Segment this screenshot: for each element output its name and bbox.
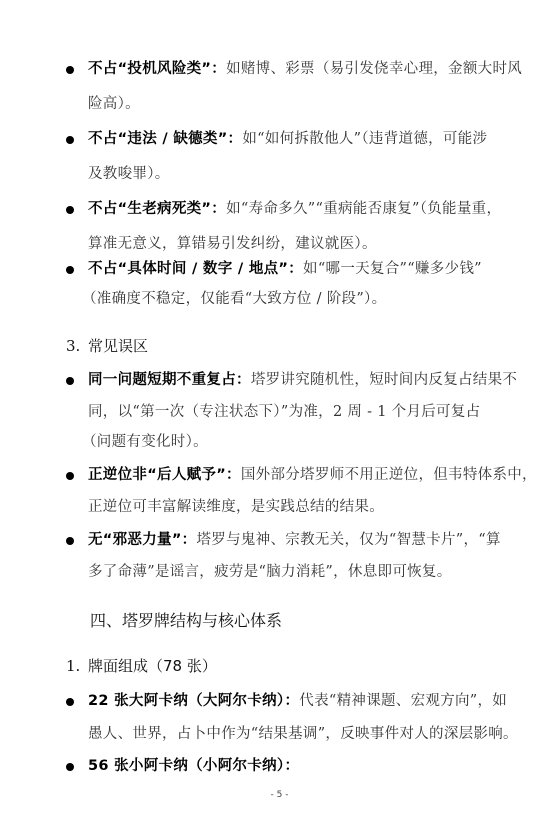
item-text: 塔罗与鬼神、宗教无关，仅为“智慧卡片”，“算 (196, 532, 500, 548)
item-text: 代表“精神课题、宏观方向”，如 (299, 693, 507, 709)
list-item: 22 张大阿卡纳（大阿尔卡纳）：代表“精神课题、宏观方向”，如 (88, 691, 507, 711)
item-text: 如“哪一天复合”“赚多少钱” (303, 261, 482, 277)
bullet-icon (66, 66, 74, 74)
bullet-icon (66, 472, 74, 480)
bullet-icon (66, 206, 74, 214)
bullet-icon (66, 266, 74, 274)
section-heading: 1.牌面组成（78 张） (66, 656, 217, 676)
item-heading: 不占“投机风险类”： (88, 61, 226, 77)
list-item: 正逆位非“后人赋予”：国外部分塔罗师不用正逆位，但韦特体系中， (88, 465, 537, 485)
section-title: 牌面组成（78 张） (88, 657, 217, 675)
item-continuation: （问题有变化时）。 (82, 432, 208, 452)
bullet-icon (66, 537, 74, 545)
item-continuation: 同，以“第一次（专注状态下）”为准，2 周 - 1 个月后可复占 (88, 402, 480, 422)
item-continuation: 正逆位可丰富解读维度，是实践总结的结果。 (88, 497, 384, 517)
section-number: 1. (66, 656, 88, 676)
item-heading: 同一问题短期不重复占： (88, 372, 251, 388)
list-item: 不占“具体时间 / 数字 / 地点”：如“哪一天复合”“赚多少钱” (88, 259, 482, 279)
item-continuation: 愚人、世界，占卜中作为“结果基调”，反映事件对人的深层影响。 (88, 724, 518, 744)
item-heading: 正逆位非“后人赋予”： (88, 467, 241, 483)
item-heading: 无“邪恶力量”： (88, 532, 196, 548)
item-continuation: （准确度不稳定，仅能看“大致方位 / 阶段”）。 (82, 289, 386, 309)
list-item: 56 张小阿卡纳（小阿尔卡纳）： (88, 756, 299, 776)
list-item: 同一问题短期不重复占：塔罗讲究随机性，短时间内反复占结果不 (88, 370, 517, 390)
list-item: 不占“生老病死类”：如“寿命多久”“重病能否康复”（负能量重， (88, 199, 501, 219)
list-item: 不占“投机风险类”：如赌博、彩票（易引发侥幸心理，金额大时风 (88, 59, 522, 79)
section-number: 3. (66, 336, 88, 356)
item-text: 塔罗讲究随机性，短时间内反复占结果不 (251, 372, 517, 388)
item-heading: 22 张大阿卡纳（大阿尔卡纳）： (88, 693, 299, 709)
item-heading: 不占“违法 / 缺德类”： (88, 131, 242, 147)
bullet-icon (66, 136, 74, 144)
list-item: 无“邪恶力量”：塔罗与鬼神、宗教无关，仅为“智慧卡片”，“算 (88, 530, 501, 550)
bullet-icon (66, 763, 74, 771)
chapter-heading: 四、塔罗牌结构与核心体系 (90, 610, 282, 632)
document-page: 不占“投机风险类”：如赌博、彩票（易引发侥幸心理，金额大时风 险高）。 不占“违… (0, 0, 559, 821)
section-title: 常见误区 (88, 337, 148, 355)
item-continuation: 及教唆罪）。 (88, 164, 170, 184)
item-heading: 不占“生老病死类”： (88, 201, 226, 217)
item-heading: 56 张小阿卡纳（小阿尔卡纳）： (88, 758, 299, 774)
bullet-icon (66, 698, 74, 706)
item-text: 国外部分塔罗师不用正逆位，但韦特体系中， (241, 467, 537, 483)
item-continuation: 多了命薄”是谣言，疲劳是“脑力消耗”，休息即可恢复。 (88, 562, 452, 582)
list-item: 不占“违法 / 缺德类”：如“如何拆散他人”（违背道德，可能涉 (88, 129, 487, 149)
page-number: - 5 - (0, 790, 559, 800)
item-text: 如“寿命多久”“重病能否康复”（负能量重， (226, 201, 501, 217)
item-text: 如赌博、彩票（易引发侥幸心理，金额大时风 (226, 61, 522, 77)
item-heading: 不占“具体时间 / 数字 / 地点”： (88, 261, 303, 277)
section-heading: 3.常见误区 (66, 336, 148, 356)
item-continuation: 险高）。 (88, 94, 140, 114)
item-continuation: 算准无意义，算错易引发纠纷，建议就医）。 (88, 234, 377, 254)
item-text: 如“如何拆散他人”（违背道德，可能涉 (242, 131, 487, 147)
bullet-icon (66, 377, 74, 385)
